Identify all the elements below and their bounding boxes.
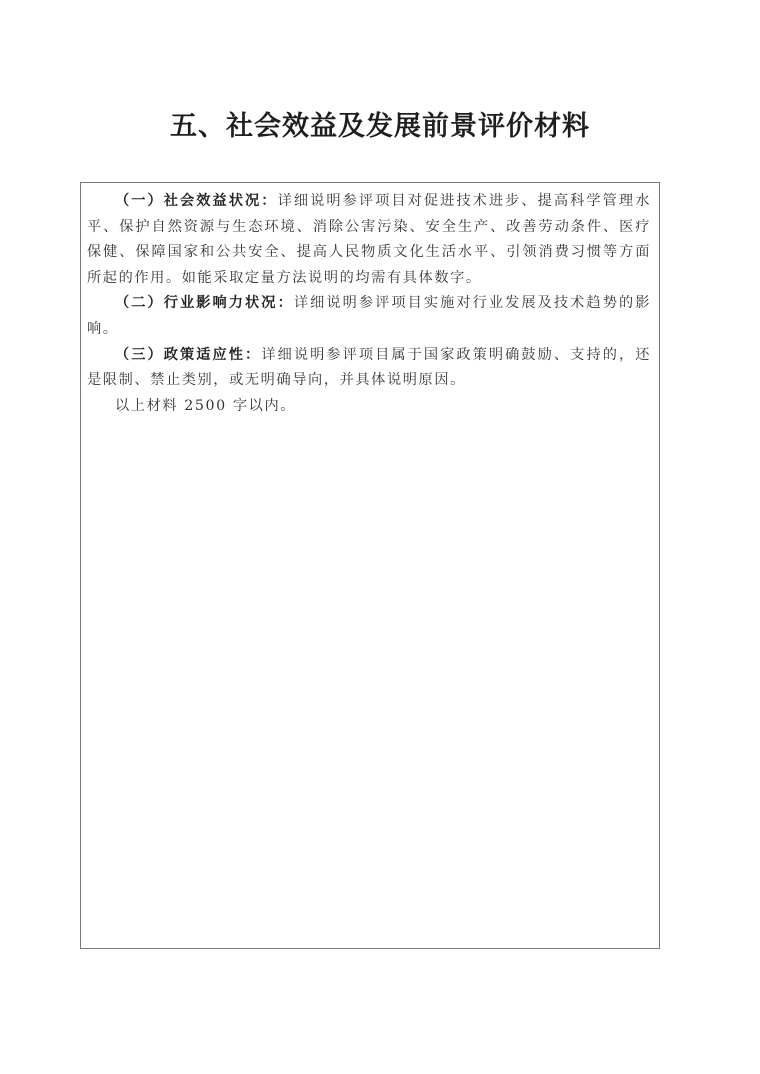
section-social-benefit: （一）社会效益状况：详细说明参评项目对促进技术进步、提高科学管理水平、保护自然资…: [87, 189, 651, 291]
section-heading: （三）政策适应性：: [115, 347, 261, 363]
section-heading: （二）行业影响力状况：: [115, 295, 294, 311]
page-title: 五、社会效益及发展前景评价材料: [0, 104, 760, 143]
word-limit-note: 以上材料 2500 字以内。: [87, 394, 651, 420]
content-box: （一）社会效益状况：详细说明参评项目对促进技术进步、提高科学管理水平、保护自然资…: [80, 182, 660, 949]
section-heading: （一）社会效益状况：: [115, 193, 278, 209]
instructions: （一）社会效益状况：详细说明参评项目对促进技术进步、提高科学管理水平、保护自然资…: [87, 189, 651, 419]
section-policy-fit: （三）政策适应性：详细说明参评项目属于国家政策明确鼓励、支持的，还是限制、禁止类…: [87, 343, 651, 394]
section-industry-influence: （二）行业影响力状况：详细说明参评项目实施对行业发展及技术趋势的影响。: [87, 291, 651, 342]
